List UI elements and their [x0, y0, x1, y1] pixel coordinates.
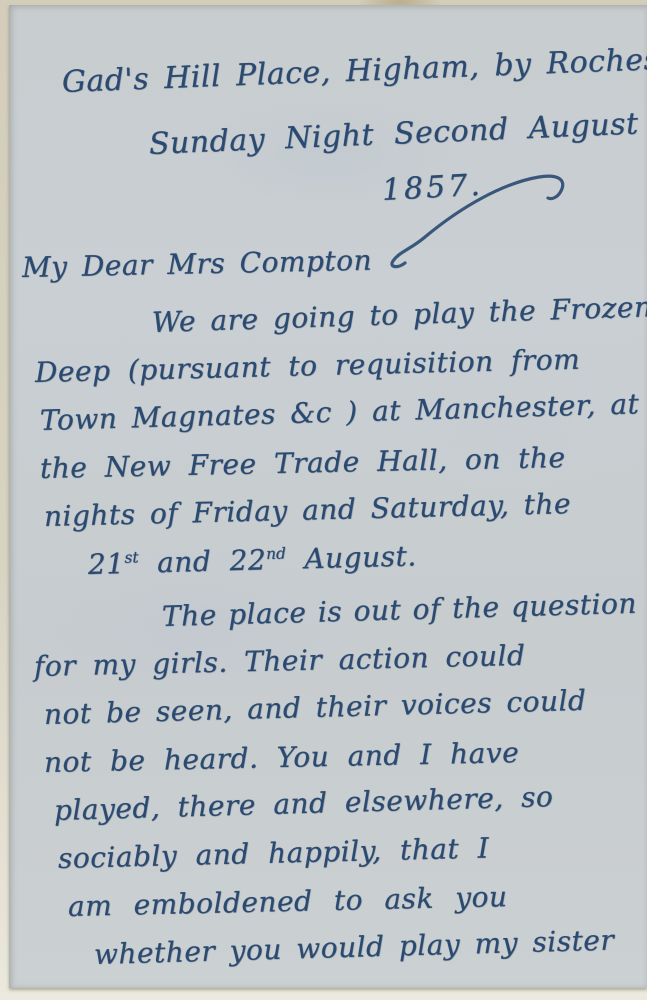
letter-line-dates: 21st and 22nd August. — [88, 539, 417, 581]
letter-paper: Gad's Hill Place, Higham, by Rochester S… — [9, 5, 647, 988]
letter-line: whether you would play my sister — [94, 923, 615, 971]
letter-date-line: Sunday Night Second August — [148, 106, 639, 161]
letter-line: Town Magnates &c ) at Manchester, at — [40, 387, 640, 437]
letter-line: am emboldened to ask you — [68, 880, 508, 923]
salutation: My Dear Mrs Compton — [22, 244, 373, 284]
date-tail: August. — [286, 539, 417, 575]
letter-line: played, there and elsewhere, so — [54, 780, 554, 827]
letter-line: nights of Friday and Saturday, the — [44, 487, 572, 533]
letter-line: sociably and happily, that I — [58, 831, 490, 875]
ordinal-st: st — [124, 548, 139, 566]
letter-line: not be seen, and their voices could — [44, 684, 587, 731]
letter-line: The place is out of the question — [162, 587, 638, 633]
date-middle: and 22 — [138, 543, 266, 579]
date-day-21: 21 — [88, 547, 125, 581]
pen-flourish-icon — [377, 163, 587, 278]
ordinal-nd: nd — [266, 544, 286, 563]
letter-line: for my girls. Their action could — [34, 639, 526, 683]
letter-address-line: Gad's Hill Place, Higham, by Rochester — [61, 40, 647, 100]
scanned-letter-page: Gad's Hill Place, Higham, by Rochester S… — [0, 0, 647, 1000]
letter-line: We are going to play the Frozen — [151, 290, 647, 339]
letter-line: Deep (pursuant to requisition from — [35, 343, 581, 389]
letter-line: the New Free Trade Hall, on the — [40, 441, 566, 485]
letter-line: not be heard. You and I have — [44, 736, 520, 779]
